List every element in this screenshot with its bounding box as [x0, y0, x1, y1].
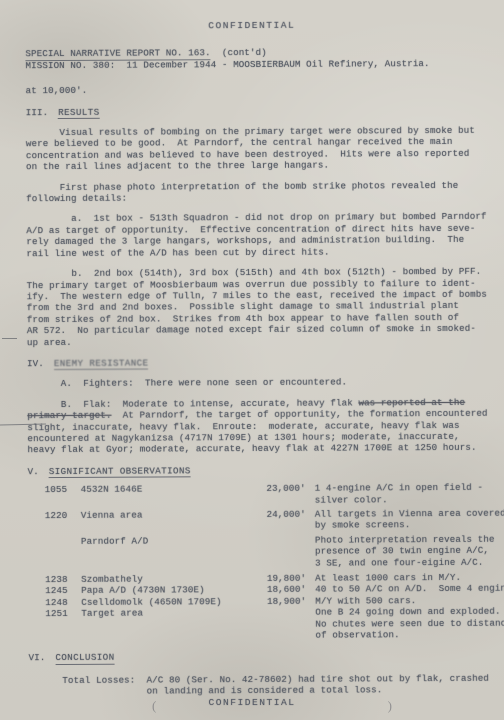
report-title-suffix: (cont'd) [211, 47, 267, 58]
observation-row: 1251 Target area One B 24 going down and… [28, 606, 481, 643]
pencil-paren-left-mark: ( [152, 698, 156, 714]
section-observations-heading: V.SIGNIFICANT OBSERVATIONS [28, 464, 481, 478]
classification-top: CONFIDENTIAL [25, 19, 478, 33]
obs-altitude: 19,800' [251, 573, 306, 585]
pencil-paren-right-mark: ) [388, 698, 392, 714]
flak-struck-text-1: was reported at the [358, 397, 465, 409]
section-results-heading: III.RESULTS [26, 104, 479, 118]
obs-description: 1 4-engine A/C in open field - silver co… [315, 482, 484, 506]
obs-time: 1055 [45, 484, 81, 496]
section-enemy-resistance-heading: IV.ENEMY RESISTANCE [27, 356, 480, 370]
obs-description: Photo interpretation reveals the presenc… [315, 534, 495, 569]
classification-bottom: CONFIDENTIAL [0, 697, 504, 708]
results-subparagraph-b: b. 2nd box (514th), 3rd box (515th) and … [27, 266, 480, 348]
section-results-title: RESULTS [58, 106, 99, 119]
scanned-report-page: CONFIDENTIAL SPECIAL NARRATIVE REPORT NO… [0, 0, 504, 720]
pencil-margin-dash-mark [2, 338, 17, 339]
section-conclusion-heading: VI.CONCLUSION [29, 650, 482, 664]
obs-description: All targets in Vienna area covered by sm… [315, 508, 504, 532]
obs-location: Parndorf A/D [81, 535, 251, 547]
obs-time: 1251 [45, 608, 81, 620]
page-footer: CONFIDENTIAL [0, 697, 504, 708]
obs-altitude: 18,900' [251, 596, 306, 608]
obs-location: Cselldomolk (4650N 1709E) [81, 596, 251, 608]
obs-time: 1238 [45, 574, 81, 586]
section-observations-number: V. [28, 466, 39, 477]
obs-altitude: 18,600' [251, 584, 306, 596]
mission-line: MISSION NO. 380: 11 December 1944 - MOOS… [25, 58, 429, 71]
obs-altitude: 23,000' [251, 483, 306, 495]
report-header: SPECIAL NARRATIVE REPORT NO. 163. (cont'… [25, 46, 478, 71]
obs-time: 1245 [45, 585, 81, 597]
results-paragraph-2: First phase photo interpretation of the … [26, 179, 479, 204]
section-observations-title: SIGNIFICANT OBSERVATIONS [49, 465, 191, 478]
obs-description: 40 to 50 A/C on A/D. Some 4 engine. [315, 583, 504, 595]
observation-row: 1055 4532N 1646E 23,000' 1 4-engine A/C … [28, 482, 481, 507]
flak-paragraph: B. Flak: Moderate to intense, accurate, … [27, 397, 480, 456]
flak-struck-text-2: primary target. [27, 410, 111, 421]
obs-location: Vienna area [81, 509, 251, 521]
observation-row: Parndorf A/D Photo interpretation reveal… [28, 534, 481, 571]
observation-row: 1220 Vienna area 24,000' All targets in … [28, 508, 481, 533]
section-results-number: III. [26, 107, 49, 118]
obs-location: Papa A/D (4730N 1730E) [81, 584, 251, 596]
obs-altitude: 24,000' [251, 509, 306, 521]
section-conclusion-number: VI. [29, 653, 46, 664]
obs-description: One B 24 going down and exploded. No chu… [315, 606, 504, 641]
section-enemy-resistance-title: ENEMY RESISTANCE [54, 357, 149, 370]
obs-location: Target area [81, 607, 251, 619]
results-subparagraph-a: a. 1st box - 513th Squadron - did not dr… [26, 211, 479, 259]
fighters-paragraph: A. Fighters: There were none seen or enc… [27, 376, 480, 390]
results-paragraph-1: Visual results of bombing on the primary… [26, 125, 479, 173]
section-enemy-resistance-number: IV. [27, 358, 44, 369]
page-content: CONFIDENTIAL SPECIAL NARRATIVE REPORT NO… [0, 0, 504, 720]
section-conclusion-title: CONCLUSION [55, 652, 114, 665]
obs-location: 4532N 1646E [81, 483, 251, 495]
obs-time: 1220 [45, 510, 81, 522]
obs-time: 1248 [45, 597, 81, 609]
altitude-line: at 10,000'. [26, 83, 479, 97]
observations-table: 1055 4532N 1646E 23,000' 1 4-engine A/C … [28, 482, 482, 643]
total-losses-paragraph: Total Losses: A/C 80 (Ser. No. 42-78602)… [29, 673, 482, 698]
